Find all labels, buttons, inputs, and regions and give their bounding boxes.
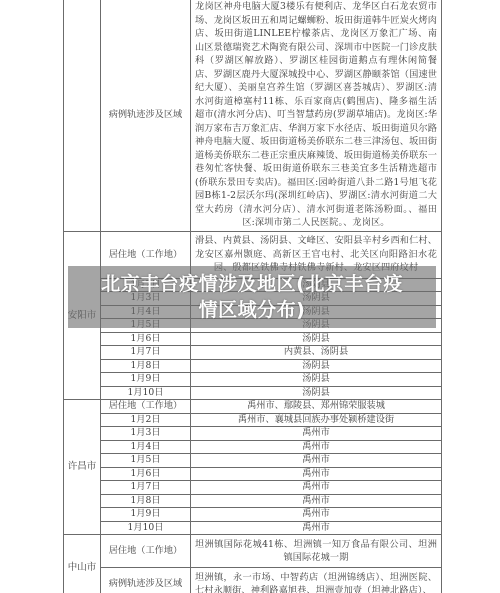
table-row: 许昌市 居住地（工作地） 禹州市、鄢陵县、郑州锦荣服装城 (64, 400, 442, 414)
place-cell: 禹州市 (191, 454, 442, 468)
table-row: 1月6日 汤阴县 (64, 332, 442, 346)
table-row: 1月5日 禹州市 (64, 454, 442, 468)
place-cell: 内黄县、汤阴县 (191, 346, 442, 360)
table-row: 病例轨迹涉及区域 坦洲镇，永一市场、中智药店（坦洲锦绣店）、坦洲医院、七村永顺街… (64, 568, 442, 593)
residence-text: 禹州市、鄢陵县、郑州锦荣服装城 (191, 400, 442, 414)
place-cell: 禹州市 (191, 427, 442, 441)
row-label: 病例轨迹涉及区域 (101, 568, 191, 593)
table-row: 1月8日 汤阴县 (64, 359, 442, 373)
table-row: 1月10日 禹州市 (64, 521, 442, 535)
case-track-text: 龙岗区神舟电脑大厦3楼乐有便利店、龙华区白石龙农贸市场、龙岗区坂田五和周记螺蛳粉… (191, 0, 442, 231)
date-cell: 1月9日 (101, 373, 191, 387)
date-cell: 1月5日 (101, 454, 191, 468)
table-row: 1月4日 禹州市 (64, 440, 442, 454)
table-row: 1月2日 禹州市、襄城县回族办事处颍桥建设街 (64, 413, 442, 427)
place-cell: 禹州市 (191, 481, 442, 495)
case-track-text: 坦洲镇，永一市场、中智药店（坦洲锦绣店）、坦洲医院、七村永顺街、神利路嘉旭巷、坦… (191, 568, 442, 593)
place-cell: 汤阴县 (191, 386, 442, 400)
overlay-title-line-1: 北京丰台疫情涉及地区(北京丰台疫 (101, 271, 403, 297)
date-cell: 1月10日 (101, 521, 191, 535)
date-cell: 1月3日 (101, 427, 191, 441)
place-cell: 汤阴县 (191, 373, 442, 387)
table-row: 1月6日 禹州市 (64, 467, 442, 481)
city-cell-empty (64, 0, 101, 231)
place-cell: 禹州市 (191, 467, 442, 481)
place-cell: 禹州市 (191, 521, 442, 535)
date-cell: 1月6日 (101, 332, 191, 346)
date-cell: 1月2日 (101, 413, 191, 427)
row-label: 居住地（工作地） (101, 535, 191, 568)
residence-text: 坦洲镇国际花城41栋、坦洲镇一知万食品有限公司、坦洲镇国际花城一期 (191, 535, 442, 568)
table-row: 1月10日 汤阴县 (64, 386, 442, 400)
date-cell: 1月8日 (101, 494, 191, 508)
table-row: 1月9日 汤阴县 (64, 373, 442, 387)
place-cell: 禹州市、襄城县回族办事处颍桥建设街 (191, 413, 442, 427)
document-page: 病例轨迹涉及区域 龙岗区神舟电脑大厦3楼乐有便利店、龙华区白石龙农贸市场、龙岗区… (0, 0, 500, 593)
table-row: 1月8日 禹州市 (64, 494, 442, 508)
date-cell: 1月10日 (101, 386, 191, 400)
city-cell: 许昌市 (64, 400, 101, 535)
table-row: 1月3日 禹州市 (64, 427, 442, 441)
place-cell: 汤阴县 (191, 359, 442, 373)
date-cell: 1月9日 (101, 508, 191, 522)
city-cell: 中山市 (64, 535, 101, 593)
row-label: 病例轨迹涉及区域 (101, 0, 191, 231)
table-row: 病例轨迹涉及区域 龙岗区神舟电脑大厦3楼乐有便利店、龙华区白石龙农贸市场、龙岗区… (64, 0, 442, 231)
table-row: 1月7日 禹州市 (64, 481, 442, 495)
title-overlay: 北京丰台疫情涉及地区(北京丰台疫 情区域分布) (68, 266, 436, 328)
date-cell: 1月7日 (101, 481, 191, 495)
date-cell: 1月4日 (101, 440, 191, 454)
table-row: 1月7日 内黄县、汤阴县 (64, 346, 442, 360)
date-cell: 1月6日 (101, 467, 191, 481)
table-row: 1月9日 禹州市 (64, 508, 442, 522)
date-cell: 1月8日 (101, 359, 191, 373)
overlay-title-line-2: 情区域分布) (199, 297, 306, 323)
table-row: 中山市 居住地（工作地） 坦洲镇国际花城41栋、坦洲镇一知万食品有限公司、坦洲镇… (64, 535, 442, 568)
place-cell: 禹州市 (191, 508, 442, 522)
row-label: 居住地（工作地） (101, 400, 191, 414)
place-cell: 汤阴县 (191, 332, 442, 346)
place-cell: 禹州市 (191, 440, 442, 454)
place-cell: 禹州市 (191, 494, 442, 508)
date-cell: 1月7日 (101, 346, 191, 360)
